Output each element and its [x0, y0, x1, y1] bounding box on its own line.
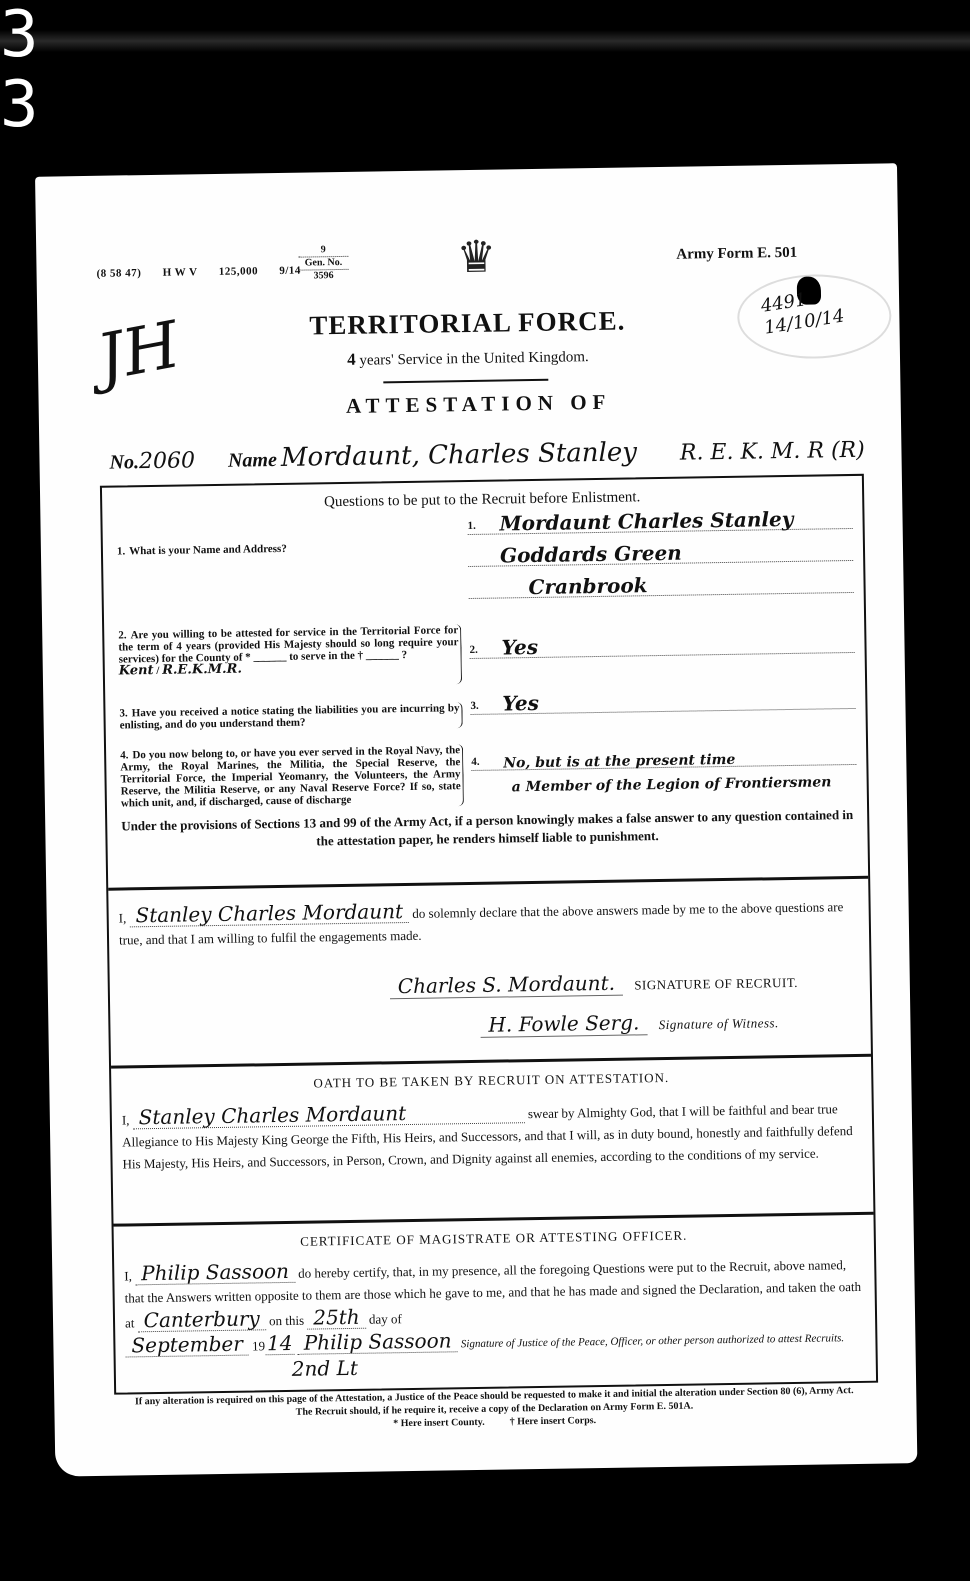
- gen-no-top: 9: [298, 244, 348, 257]
- answer-3: 3. Yes: [470, 682, 855, 715]
- no-label: No.: [109, 451, 139, 473]
- insert-corps: R.E.K.M.R.: [162, 662, 242, 678]
- answer-number: 4.: [471, 756, 479, 768]
- answer-text: Yes: [501, 635, 538, 660]
- year-prefix: 19: [252, 1338, 265, 1353]
- recruit-signature-row: Charles S. Mordaunt. SIGNATURE OF RECRUI…: [390, 968, 799, 999]
- gen-no-block: 9 Gen. No. 3596: [298, 244, 349, 283]
- answer-text: Cranbrook: [528, 573, 647, 599]
- witness-signature-label: Signature of Witness.: [659, 1015, 779, 1032]
- answer-number: 2.: [469, 644, 477, 656]
- certificate-text: I, Philip Sassoon do hereby certify, tha…: [124, 1251, 866, 1386]
- answer-text: Goddards Green: [500, 541, 682, 568]
- form-subtitle: 4 years' Service in the United Kingdom.: [288, 345, 648, 371]
- year-suffix: 14: [265, 1332, 295, 1355]
- question-2: 2.Are you willing to be attested for ser…: [118, 624, 459, 677]
- day-of-label: day of: [369, 1311, 402, 1327]
- print-ref: (8 58 47): [96, 267, 141, 280]
- answer-4-line-2: a Member of the Legion of Frontiersmen: [471, 762, 856, 794]
- question-3: 3.Have you received a notice stating the…: [119, 702, 459, 731]
- declaration-section: I, Stanley Charles Mordaunt do solemnly …: [108, 876, 871, 1066]
- question-number: 1.: [117, 545, 125, 557]
- recruit-signature-label: SIGNATURE OF RECRUIT.: [634, 975, 798, 993]
- bracket: [454, 624, 462, 684]
- recruit-name: Mordaunt, Charles Stanley: [281, 437, 638, 473]
- answer-1-line-3: Cranbrook: [468, 566, 853, 599]
- question-number: 3.: [119, 707, 127, 719]
- answer-text: Yes: [502, 691, 539, 716]
- question-text: Are you willing to be attested for servi…: [118, 624, 458, 665]
- question-number: 4.: [120, 749, 128, 761]
- declaration-prefix: I,: [119, 910, 127, 925]
- form-title: TERRITORIAL FORCE.: [287, 305, 647, 342]
- attestation-month: September: [125, 1333, 249, 1358]
- printer-code: H W V: [163, 266, 198, 279]
- answer-1-line-2: Goddards Green: [468, 534, 853, 567]
- false-answer-warning: Under the provisions of Sections 13 and …: [117, 806, 857, 854]
- attestation-heading: ATTESTATION OF: [289, 389, 669, 420]
- gen-no-bottom: 3596: [299, 270, 349, 283]
- form-body: Questions to be put to the Recruit befor…: [100, 474, 878, 1395]
- unit-annotation: R. E. K. M. R (R): [680, 438, 865, 466]
- certificate-section: CERTIFICATE OF MAGISTRATE OR ATTESTING O…: [114, 1212, 877, 1395]
- answer-text: a Member of the Legion of Frontiersmen: [512, 774, 832, 795]
- service-years: 4: [347, 350, 356, 369]
- declarant-name: Stanley Charles Mordaunt: [129, 900, 409, 927]
- answer-text: Mordaunt Charles Stanley: [499, 507, 793, 536]
- answer-2: 2. Yes: [469, 626, 854, 659]
- question-text: What is your Name and Address?: [129, 543, 287, 557]
- declaration-text: I, Stanley Charles Mordaunt do solemnly …: [118, 893, 859, 952]
- oath-heading: OATH TO BE TAKEN BY RECRUIT ON ATTESTATI…: [111, 1067, 871, 1095]
- print-quantity: 125,000: [219, 265, 258, 278]
- oath-section: OATH TO BE TAKEN BY RECRUIT ON ATTESTATI…: [111, 1054, 873, 1224]
- answer-1-line-1: 1. Mordaunt Charles Stanley: [467, 502, 852, 535]
- answer-number: 3.: [470, 700, 478, 712]
- insert-county: Kent: [119, 663, 154, 679]
- on-this-label: on this: [269, 1313, 304, 1329]
- question-text: Have you received a notice stating the l…: [120, 702, 460, 731]
- attestation-day: 25th: [307, 1306, 366, 1330]
- note-county: * Here insert County.: [393, 1417, 485, 1429]
- service-text: years' Service in the United Kingdom.: [356, 349, 589, 369]
- oath-text: I, Stanley Charles Mordaunt swear by Alm…: [122, 1095, 863, 1176]
- royal-crest-icon: ♛: [454, 230, 499, 286]
- recruit-id-row: No.2060 NameMordaunt, Charles Stanley R.…: [109, 433, 889, 475]
- oath-prefix: I,: [122, 1112, 130, 1127]
- officer-rank: 2nd Lt: [286, 1357, 364, 1380]
- question-1: 1.What is your Name and Address?: [117, 540, 457, 557]
- gen-no-label: Gen. No.: [298, 256, 348, 271]
- recruit-signature: Charles S. Mordaunt.: [390, 971, 624, 1000]
- title-divider: [383, 379, 548, 384]
- regimental-number: 2060: [139, 448, 195, 474]
- question-number: 2.: [118, 629, 126, 641]
- note-corps: † Here insert Corps.: [510, 1415, 597, 1427]
- question-4: 4.Do you now belong to, or have you ever…: [120, 744, 461, 809]
- certificate-heading: CERTIFICATE OF MAGISTRATE OR ATTESTING O…: [114, 1225, 874, 1253]
- officer-signature-label: Signature of Justice of the Peace, Offic…: [461, 1332, 844, 1350]
- margin-initials: JH: [92, 308, 186, 396]
- officer-signature: Philip Sassoon: [298, 1329, 458, 1355]
- answer-number: 1.: [467, 520, 475, 532]
- certificate-prefix: I,: [124, 1268, 132, 1283]
- attestation-paper: (8 58 47) H W V 125,000 9/14 9 Gen. No. …: [35, 163, 917, 1476]
- witness-signature: H. Fowle Serg.: [480, 1010, 647, 1038]
- microfilm-frame-marks: 3 3: [0, 0, 60, 78]
- question-text: Do you now belong to, or have you ever s…: [120, 744, 461, 809]
- attestation-place: Canterbury: [137, 1307, 265, 1332]
- army-form-number: Army Form E. 501: [676, 245, 797, 264]
- attesting-officer-name: Philip Sassoon: [135, 1260, 295, 1286]
- bracket: [455, 702, 462, 728]
- witness-signature-row: H. Fowle Serg. Signature of Witness.: [480, 1008, 779, 1038]
- bracket: [456, 744, 464, 806]
- oath-recruit-name: Stanley Charles Mordaunt: [133, 1100, 525, 1129]
- print-reference: (8 58 47) H W V 125,000 9/14: [96, 264, 318, 279]
- name-label: Name: [228, 449, 277, 472]
- microfilm-band: [0, 30, 970, 52]
